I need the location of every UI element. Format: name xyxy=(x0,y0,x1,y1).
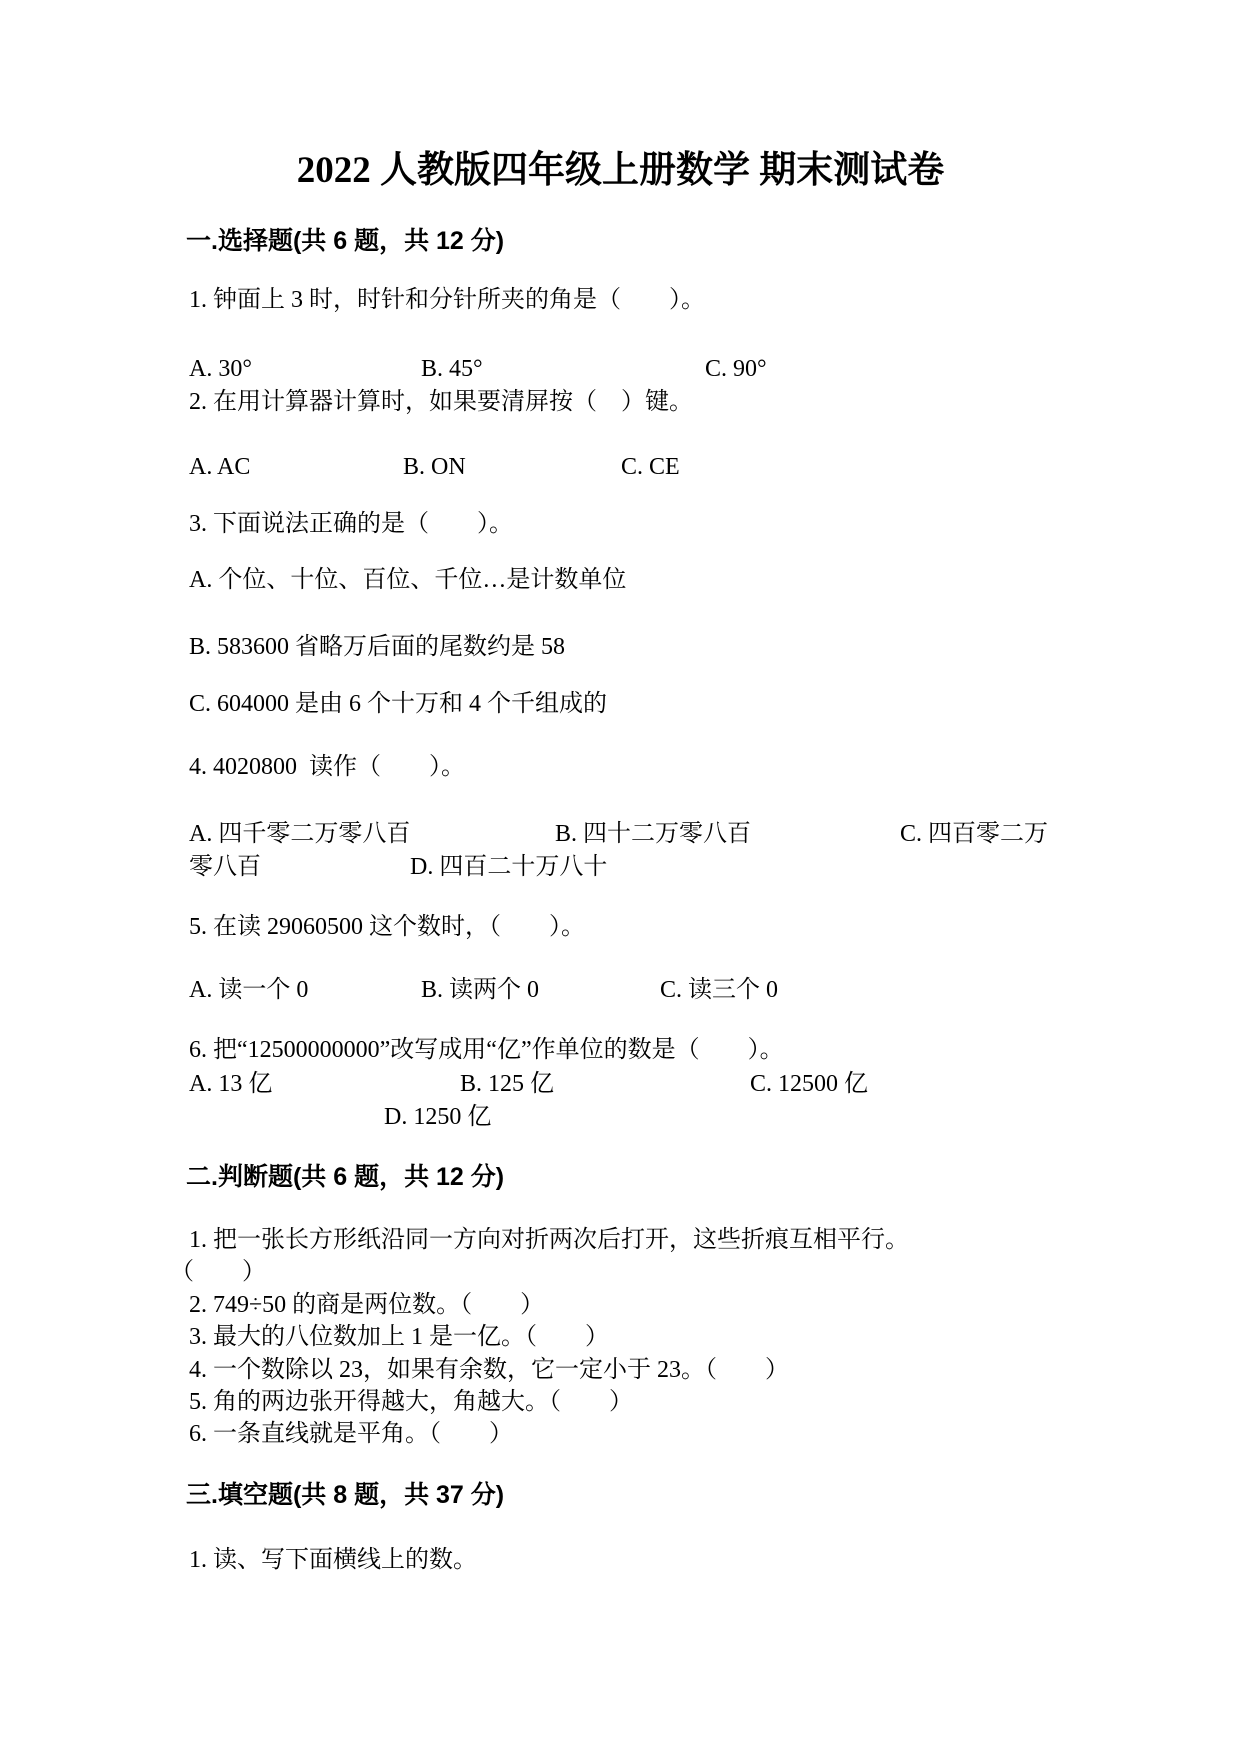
choice-q4-option-a: A. 四千零二万零八百 xyxy=(189,818,410,851)
choice-q5-option-a: A. 读一个 0 xyxy=(189,974,308,1007)
choice-q4-options-row1: A. 四千零二万零八百 B. 四十二万零八百 C. 四百零二万 xyxy=(0,818,1241,851)
judge-q1-answer-blank: （ ） xyxy=(170,1256,266,1289)
section-fill-heading: 三.填空题(共 8 题，共 37 分) xyxy=(186,1478,504,1512)
choice-q6-option-a: A. 13 亿 xyxy=(189,1068,272,1101)
choice-q5-stem: 5. 在读 29060500 这个数时，（ ）。 xyxy=(189,911,585,944)
choice-q3-stem: 3. 下面说法正确的是（ ）。 xyxy=(189,508,513,541)
choice-q6-options-row2: D. 1250 亿 xyxy=(0,1101,1241,1134)
judge-q4-text: 4. 一个数除以 23，如果有余数，它一定小于 23。（ ） xyxy=(189,1354,789,1387)
choice-q1-option-c: C. 90° xyxy=(705,353,767,386)
choice-q4-options-row2: 零八百 D. 四百二十万八十 xyxy=(0,851,1241,884)
exam-paper-page: 2022 人教版四年级上册数学 期末测试卷 一.选择题(共 6 题，共 12 分… xyxy=(0,0,1241,1755)
choice-q3-option-c: C. 604000 是由 6 个十万和 4 个千组成的 xyxy=(189,688,607,721)
choice-q2-options: A. AC B. ON C. CE xyxy=(0,451,1241,484)
choice-q5-option-b: B. 读两个 0 xyxy=(421,974,539,1007)
choice-q2-option-b: B. ON xyxy=(403,451,466,484)
choice-q6-option-d: D. 1250 亿 xyxy=(384,1101,491,1134)
judge-q3-text: 3. 最大的八位数加上 1 是一亿。（ ） xyxy=(189,1321,609,1354)
choice-q6-option-c: C. 12500 亿 xyxy=(750,1068,868,1101)
judge-q1-text: 1. 把一张长方形纸沿同一方向对折两次后打开，这些折痕互相平行。 xyxy=(189,1224,909,1257)
judge-q6-text: 6. 一条直线就是平角。（ ） xyxy=(189,1418,513,1451)
choice-q4-stem: 4. 4020800 读作（ ）。 xyxy=(189,751,465,784)
choice-q4-option-d: D. 四百二十万八十 xyxy=(410,851,607,884)
choice-q1-options: A. 30° B. 45° C. 90° xyxy=(0,353,1241,386)
choice-q1-option-a: A. 30° xyxy=(189,353,252,386)
choice-q4-option-b: B. 四十二万零八百 xyxy=(555,818,751,851)
choice-q6-stem: 6. 把“12500000000”改写成用“亿”作单位的数是（ ）。 xyxy=(189,1034,784,1067)
choice-q3-option-b: B. 583600 省略万后面的尾数约是 58 xyxy=(189,631,565,664)
section-choice-heading: 一.选择题(共 6 题，共 12 分) xyxy=(186,224,504,258)
choice-q3-option-a: A. 个位、十位、百位、千位…是计数单位 xyxy=(189,564,626,597)
exam-title: 2022 人教版四年级上册数学 期末测试卷 xyxy=(0,147,1241,195)
choice-q2-option-c: C. CE xyxy=(621,451,680,484)
fill-q1-stem: 1. 读、写下面横线上的数。 xyxy=(189,1544,477,1577)
choice-q4-option-c-wrap: 零八百 xyxy=(189,851,261,884)
choice-q1-stem: 1. 钟面上 3 时，时针和分针所夹的角是（ ）。 xyxy=(189,284,705,317)
choice-q1-option-b: B. 45° xyxy=(421,353,483,386)
choice-q4-option-c: C. 四百零二万 xyxy=(900,818,1048,851)
choice-q2-option-a: A. AC xyxy=(189,451,250,484)
judge-q5-text: 5. 角的两边张开得越大，角越大。（ ） xyxy=(189,1386,633,1419)
choice-q6-option-b: B. 125 亿 xyxy=(460,1068,554,1101)
judge-q2-text: 2. 749÷50 的商是两位数。（ ） xyxy=(189,1289,544,1322)
choice-q6-options-row1: A. 13 亿 B. 125 亿 C. 12500 亿 xyxy=(0,1068,1241,1101)
section-judge-heading: 二.判断题(共 6 题，共 12 分) xyxy=(186,1160,504,1194)
choice-q2-stem: 2. 在用计算器计算时，如果要清屏按（ ）键。 xyxy=(189,386,693,419)
choice-q5-options: A. 读一个 0 B. 读两个 0 C. 读三个 0 xyxy=(0,974,1241,1007)
choice-q5-option-c: C. 读三个 0 xyxy=(660,974,778,1007)
